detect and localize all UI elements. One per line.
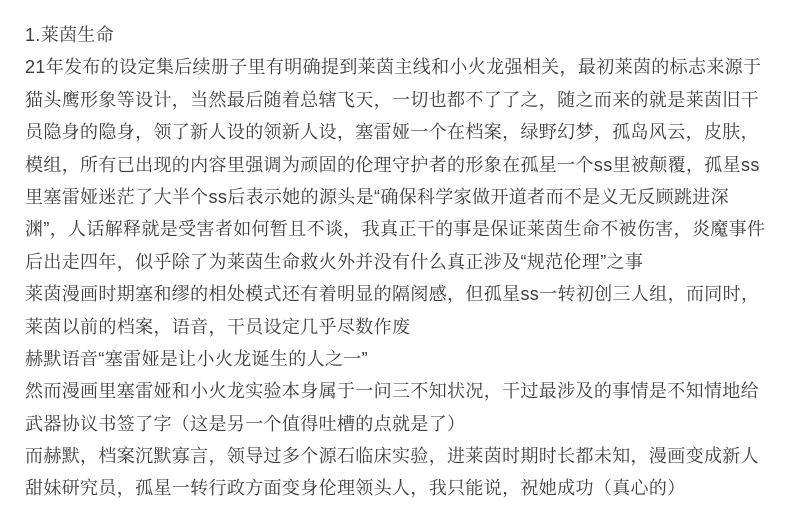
text-line: 渊”，人话解释就是受害者如何暂且不谈，我真正干的事是保证莱茵生命不被伤害，炎魔事… [25,213,780,245]
text-line: 员隐身的隐身，领了新人设的领新人设，塞雷娅一个在档案，绿野幻梦，孤岛风云，皮肤， [25,116,780,148]
text-line: 猫头鹰形象等设计，当然最后随着总辖飞天，一切也都不了了之，随之而来的就是莱茵旧干 [25,84,780,116]
text-line: 莱茵漫画时期塞和缪的相处模式还有着明显的隔阂感，但孤星ss一转初创三人组，而同时… [25,278,780,310]
text-line: 武器协议书签了字（这是另一个值得吐槽的点就是了） [25,408,780,440]
text-line: 甜妹研究员，孤星一转行政方面变身伦理领头人，我只能说，祝她成功（真心的） [25,472,780,504]
text-line: 21年发布的设定集后续册子里有明确提到莱茵主线和小火龙强相关，最初莱茵的标志来源… [25,51,780,83]
document-page: 1.莱茵生命 21年发布的设定集后续册子里有明确提到莱茵主线和小火龙强相关，最初… [0,0,800,530]
text-line: 里塞雷娅迷茫了大半个ss后表示她的源头是“确保科学家做开道者而不是义无反顾跳进深 [25,181,780,213]
text-line: 而赫默，档案沉默寡言，领导过多个源石临床实验，进莱茵时期时长都未知，漫画变成新人 [25,440,780,472]
text-line: 赫默语音“塞雷娅是让小火龙诞生的人之一” [25,343,780,375]
text-line: 后出走四年，似乎除了为莱茵生命救火外并没有什么真正涉及“规范伦理”之事 [25,246,780,278]
section-heading: 1.莱茵生命 [25,19,780,51]
text-line: 模组，所有已出现的内容里强调为顽固的伦理守护者的形象在孤星一个ss里被颠覆，孤星… [25,149,780,181]
text-line: 莱茵以前的档案，语音，干员设定几乎尽数作废 [25,311,780,343]
text-line: 然而漫画里塞雷娅和小火龙实验本身属于一问三不知状况，干过最涉及的事情是不知情地给 [25,375,780,407]
